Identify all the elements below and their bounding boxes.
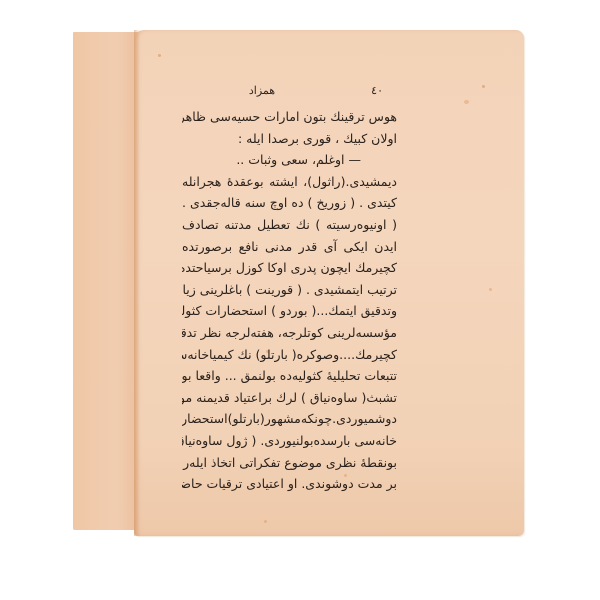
foxing-spot [482,85,485,88]
text-line: وتدقیق ایتمك...( بوردو ) استحضارات کثولی… [182,300,397,322]
page-number: ٤٠ [371,84,383,97]
text-line: تشبث( ساوه‌نیاق ) لرك براعتیاد قدیمنه مو… [182,387,397,409]
foxing-spot [464,100,469,104]
text-line: مؤسسه‌لرینی کوتلرجه، هفته‌لرجه نظر تدقیق… [182,322,397,344]
text-line: کیتدی . ( زوریخ ) ده اوچ سنه قاله‌جقدی . [182,192,397,214]
text-line: تتبعات تحلیلیهٔ کثولیه‌ده بولنمق ... واق… [182,365,397,387]
foxing-spot [158,54,161,57]
dialogue-line: — اوغلم، سعی وثبات .. [182,149,397,171]
text-line: دوشمیوردی.چونکه‌مشهور(بارتلو)استحضارات [182,408,397,430]
text-line: ترتیب ایتمشیدی . ( قورینت ) باغلرینی زیا… [182,279,397,301]
foxing-spot [264,520,267,523]
text-line: ایدن ایکی آی قدر مدنی نافع برصورتده [182,236,397,258]
body-text: هوس ترقینك بتون امارات حسیه‌سی ظاهر اولا… [182,106,397,495]
text-line: دیمشیدی.(راثول)، ایشته بوعقدهٔ هجرانله [182,171,397,193]
text-line: اولان کبیك ، قوری برصدا ایله : [182,128,397,150]
running-header: همزاد ٤٠ [180,84,395,102]
foxing-spot [489,288,492,291]
text-line: بر مدت دوشوندی. او اعتیادی ترقیات حاضرهٔ [182,473,397,495]
text-line: بونقطهٔ نظری موضوع تفکراتی اتخاذ ایله‌رك [182,452,397,474]
running-title: همزاد [242,84,282,97]
text-line: هوس ترقینك بتون امارات حسیه‌سی ظاهر [182,106,397,128]
text-line: خانه‌سی بارسده‌بولنیوردی. ( ژول ساوه‌نیا… [182,430,397,452]
text-line: کچیرمك....وصوکره( بارتلو) نك کیمیاخانه‌س… [182,344,397,366]
text-line: کچیرمك ایچون پدری اوکا کوزل برسیاحتده [182,257,397,279]
text-line: ( اونیوه‌رسیته ) نك تعطیل مدتنه تصادف [182,214,397,236]
scanned-book-scene: همزاد ٤٠ هوس ترقینك بتون امارات حسیه‌سی … [0,0,600,600]
